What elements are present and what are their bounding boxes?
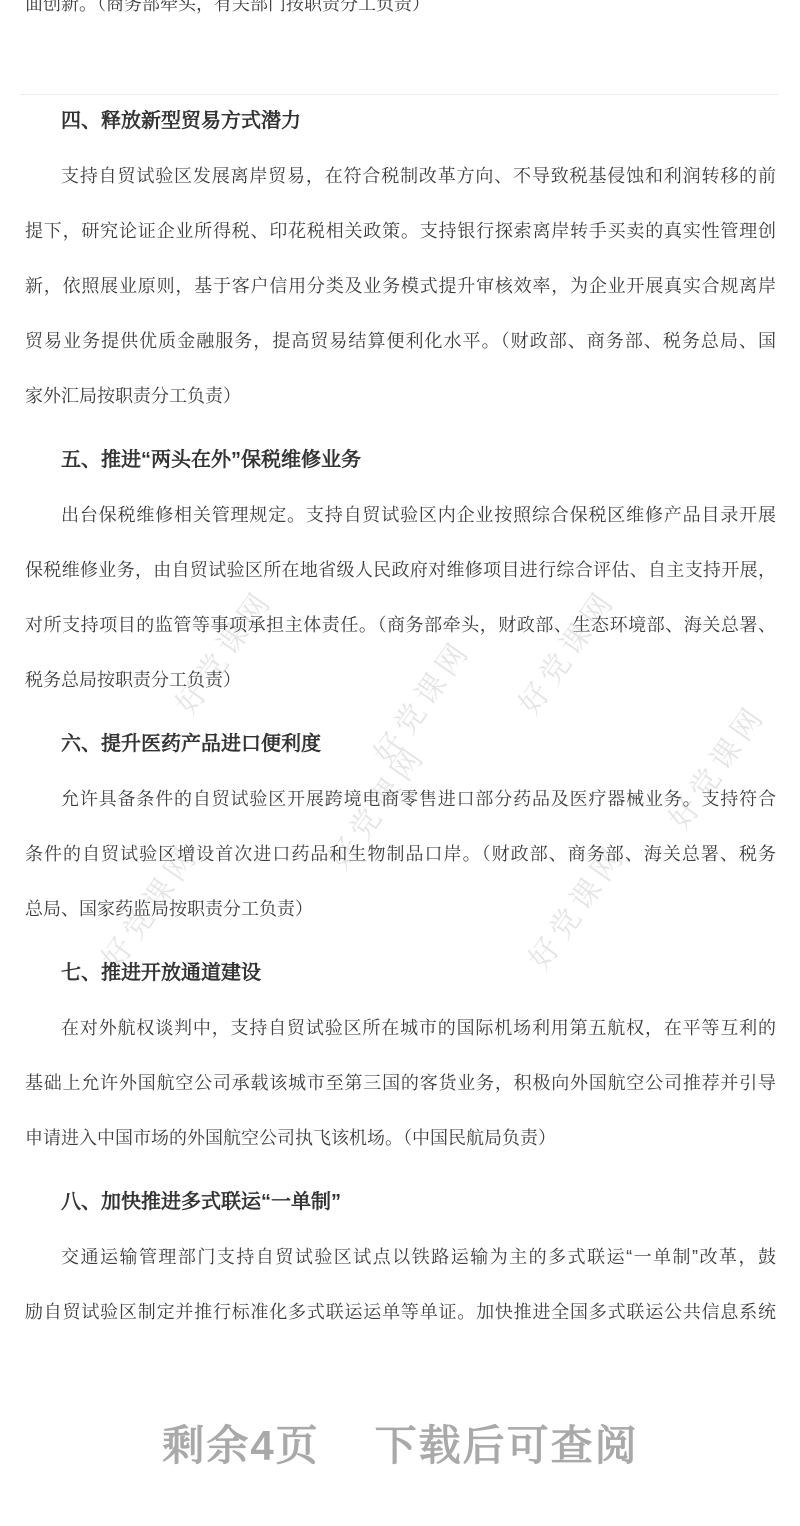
paragraph-line: 税务总局按职责分工负责）	[25, 653, 776, 708]
paragraph-line: 在对外航权谈判中，支持自贸试验区所在城市的国际机场利用第五航权，在平等互利的	[25, 1001, 776, 1056]
document-preview-page: 好党课网 好党课网 好党课网 好党课网 好党课网 好党课网 好党课网 面创新。（…	[0, 0, 800, 1526]
section-7: 七、推进开放通道建设 在对外航权谈判中，支持自贸试验区所在城市的国际机场利用第五…	[25, 937, 776, 1166]
paragraph-line: 支持自贸试验区发展离岸贸易，在符合税制改革方向、不导致税基侵蚀和利润转移的前	[25, 149, 776, 204]
paragraph-line: 对所支持项目的监管等事项承担主体责任。（商务部牵头，财政部、生态环境部、海关总署…	[25, 598, 776, 653]
section-4: 四、释放新型贸易方式潜力 支持自贸试验区发展离岸贸易，在符合税制改革方向、不导致…	[25, 0, 776, 424]
section-8-heading: 八、加快推进多式联运“一单制”	[25, 1175, 776, 1230]
download-hint-label: 下载后可查阅	[375, 1422, 639, 1469]
paragraph-line: 总局、国家药监局按职责分工负责）	[25, 882, 776, 937]
paragraph-line: 申请进入中国市场的外国航空公司执飞该机场。（中国民航局负责）	[25, 1111, 776, 1166]
section-5-heading: 五、推进“两头在外”保税维修业务	[25, 433, 776, 488]
section-4-heading: 四、释放新型贸易方式潜力	[25, 94, 776, 149]
paragraph-line: 家外汇局按职责分工负责）	[25, 369, 776, 424]
paragraph-line: 基础上允许外国航空公司承载该城市至第三国的客货业务，积极向外国航空公司推荐并引导	[25, 1056, 776, 1111]
document-body: 面创新。（商务部牵头，有关部门按职责分工负责） 四、释放新型贸易方式潜力 支持自…	[25, 0, 776, 1470]
paragraph-line: 交通运输管理部门支持自贸试验区试点以铁路运输为主的多式联运“一单制”改革，鼓	[25, 1230, 776, 1285]
paragraph-line: 条件的自贸试验区增设首次进口药品和生物制品口岸。（财政部、商务部、海关总署、税务	[25, 827, 776, 882]
paragraph-line: 保税维修业务，由自贸试验区所在地省级人民政府对维修项目进行综合评估、自主支持开展…	[25, 543, 776, 598]
section-7-heading: 七、推进开放通道建设	[25, 946, 776, 1001]
page1-last-line: 面创新。（商务部牵头，有关部门按职责分工负责）	[25, 0, 430, 14]
section-8: 八、加快推进多式联运“一单制” 交通运输管理部门支持自贸试验区试点以铁路运输为主…	[25, 1166, 776, 1340]
paragraph-line: 贸易业务提供优质金融服务，提高贸易结算便利化水平。（财政部、商务部、税务总局、国	[25, 314, 776, 369]
section-6-heading: 六、提升医药产品进口便利度	[25, 717, 776, 772]
paragraph-line: 励自贸试验区制定并推行标准化多式联运运单等单证。加快推进全国多式联运公共信息系统	[25, 1285, 776, 1340]
remaining-pages-label: 剩余4页	[162, 1422, 319, 1469]
section-6: 六、提升医药产品进口便利度 允许具备条件的自贸试验区开展跨境电商零售进口部分药品…	[25, 708, 776, 937]
paragraph-line: 允许具备条件的自贸试验区开展跨境电商零售进口部分药品及医疗器械业务。支持符合	[25, 772, 776, 827]
section-5: 五、推进“两头在外”保税维修业务 出台保税维修相关管理规定。支持自贸试验区内企业…	[25, 424, 776, 708]
paragraph-line: 提下，研究论证企业所得税、印花税相关政策。支持银行探索离岸转手买卖的真实性管理创	[25, 204, 776, 259]
paragraph-line: 出台保税维修相关管理规定。支持自贸试验区内企业按照综合保税区维修产品目录开展	[25, 488, 776, 543]
paragraph-line: 新，依照展业原则，基于客户信用分类及业务模式提升审核效率，为企业开展真实合规离岸	[25, 259, 776, 314]
preview-footer: 剩余4页下载后可查阅	[25, 1422, 776, 1470]
